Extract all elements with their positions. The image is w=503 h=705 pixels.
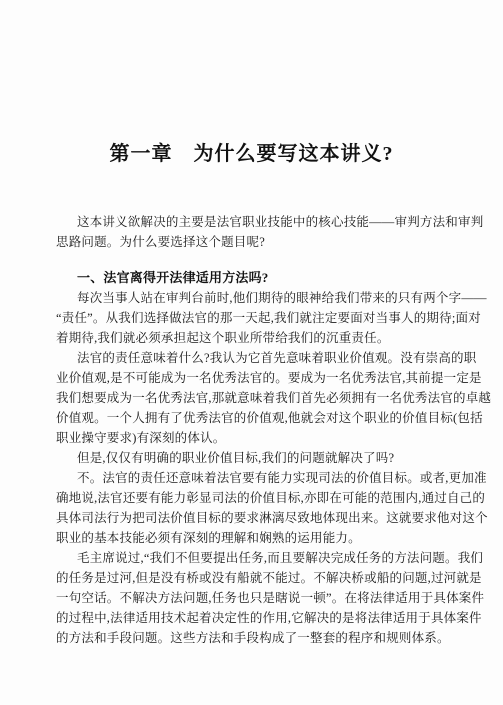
- body-line: 我们想要成为一名优秀法官,那就意味着我们首先必须拥有一名优秀法官的卓越: [56, 388, 500, 408]
- body-line: 的任务是过河,但是没有桥或没有船就不能过。不解决桥或船的问题,过河就是: [56, 568, 500, 588]
- body-line: “责任”。从我们选择做法官的那一天起,我们就注定要面对当事人的期待;面对: [56, 308, 500, 328]
- body-line: 不。法官的责任还意味着法官要有能力实现司法的价值目标。或者,更加准: [56, 468, 500, 488]
- body-line: 的过程中,法律适用技术起着决定性的作用,它解决的是将法律适用于具体案件: [56, 608, 500, 628]
- book-page: 第一章 为什么要写这本讲义? 这本讲义欲解决的主要是法官职业技能中的核心技能——…: [0, 0, 503, 705]
- body-line: 具体司法行为把司法价值目标的要求淋漓尽致地体现出来。这就要求他对这个: [56, 508, 500, 528]
- intro-line: 这本讲义欲解决的主要是法官职业技能中的核心技能——审判方法和审判: [56, 212, 500, 232]
- body-line: 业价值观,是不可能成为一名优秀法官的。要成为一名优秀法官,其前提一定是: [56, 368, 500, 388]
- body-line: 一句空话。不解决方法问题,任务也只是瞎说一顿”。在将法律适用于具体案件: [56, 588, 500, 608]
- body-line: 毛主席说过,“我们不但要提出任务,而且要解决完成任务的方法问题。我们: [56, 548, 500, 568]
- chapter-title: 第一章 为什么要写这本讲义?: [0, 137, 503, 166]
- section-heading: 一、法官离得开法律适用方法吗?: [56, 268, 500, 288]
- body-line: 价值观。一个人拥有了优秀法官的价值观,他就会对这个职业的价值目标(包括: [56, 408, 500, 428]
- body-line: 职业的基本技能必须有深刻的理解和娴熟的运用能力。: [56, 528, 500, 548]
- body-line: 确地说,法官还要有能力彰显司法的价值目标,亦即在可能的范围内,通过自己的: [56, 488, 500, 508]
- body-line: 但是,仅仅有明确的职业价值目标,我们的问题就解决了吗?: [56, 448, 500, 468]
- body-line: 职业操守要求)有深刻的体认。: [56, 428, 500, 448]
- intro-line: 思路问题。为什么要选择这个题目呢?: [56, 232, 500, 252]
- body-line: 法官的责任意味着什么?我认为它首先意味着职业价值观。没有崇高的职: [56, 348, 500, 368]
- body-line: 的方法和手段问题。这些方法和手段构成了一整套的程序和规则体系。: [56, 628, 500, 648]
- page-content: 这本讲义欲解决的主要是法官职业技能中的核心技能——审判方法和审判 思路问题。为什…: [56, 212, 500, 648]
- body-line: 着期待,我们就必须承担起这个职业所带给我们的沉重责任。: [56, 328, 500, 348]
- body-line: 每次当事人站在审判台前时,他们期待的眼神给我们带来的只有两个字——: [56, 288, 500, 308]
